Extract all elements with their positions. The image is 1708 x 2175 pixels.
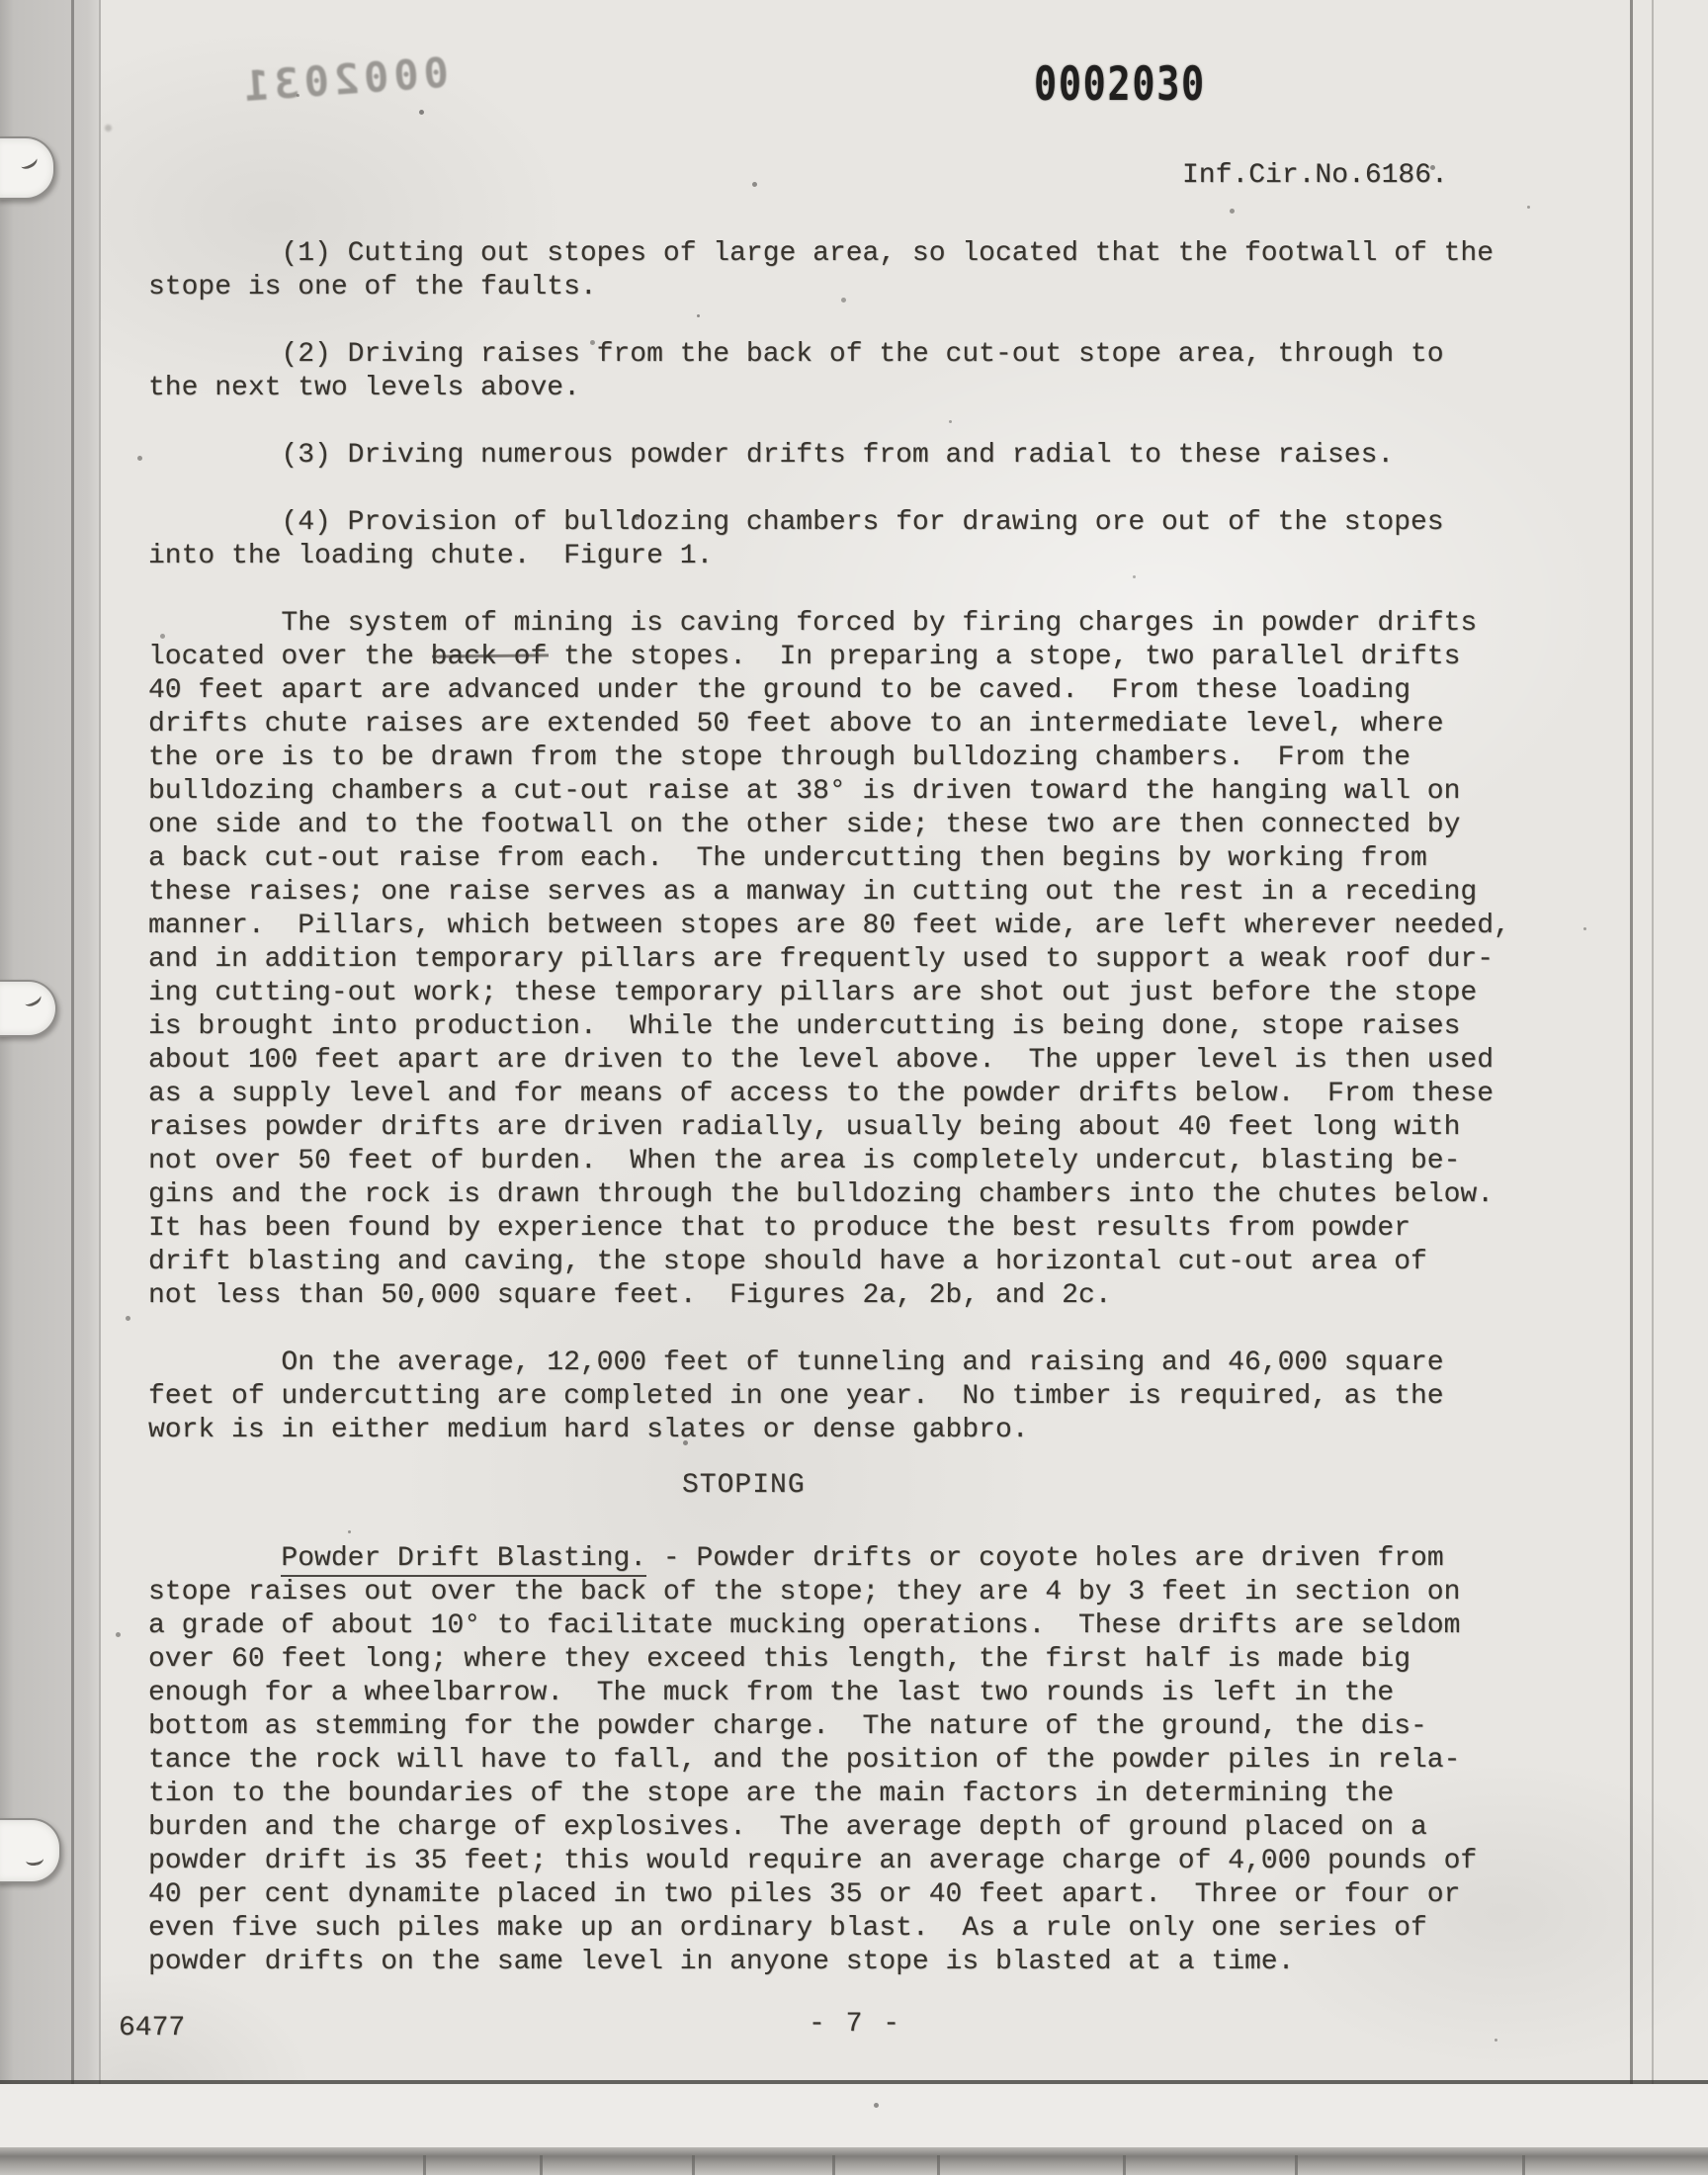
list-item-3: (3) Driving numerous powder drifts from … [148,439,1522,473]
scanned-document-page: 0002031 0002030 Inf.Cir.No.6186. (1) Cut… [0,0,1708,2175]
list-item-1: (1) Cutting out stopes of large area, so… [148,237,1522,304]
footer-page-number: - 7 - [809,2009,901,2040]
scan-tick [937,2155,940,2175]
indent-spaces [148,1543,281,1574]
scan-noise-specks [0,0,3,3]
paragraph-text: - Powder drifts or coyote holes are driv… [148,1543,1477,1977]
scan-tick [540,2155,543,2175]
list-item-4: (4) Provision of bulldozing chambers for… [148,506,1522,573]
page-edge-line-dark [1630,0,1633,2175]
document-number-stamp: 0002030 [1034,57,1206,112]
document-body: (1) Cutting out stopes of large area, so… [148,237,1522,2013]
binder-tab-mark [25,1853,43,1867]
scan-bottom-band [0,2147,1708,2175]
scan-tick [423,2155,426,2175]
binding-edge-line-faint [99,0,101,2175]
scan-tick [832,2155,835,2175]
binder-tab-mark [18,152,40,171]
scan-tick [1123,2155,1126,2175]
binder-tab-mark [22,990,43,1008]
page-edge-line-light [1652,0,1654,2175]
scan-tick [692,2155,695,2175]
footer-doc-code: 6477 [119,2013,185,2044]
scan-bottom-strip [0,2084,1708,2147]
paragraph-powder-drift-blasting: Powder Drift Blasting. - Powder drifts o… [148,1542,1522,1979]
paragraph-mining-system: The system of mining is caving forced by… [148,607,1522,1313]
list-item-2: (2) Driving raises from the back of the … [148,338,1522,405]
scan-tick [1295,2155,1298,2175]
paragraph-yearly-average: On the average, 12,000 feet of tunneling… [148,1347,1522,1447]
binder-tab-middle [0,980,57,1037]
underlined-lead-in: Powder Drift Blasting. [281,1543,646,1577]
bleedthrough-stamp: 0002031 [238,48,451,112]
binder-tab-bottom [0,1818,61,1883]
binding-edge-line [71,0,74,2175]
circular-number: Inf.Cir.No.6186. [1182,160,1448,191]
scan-tick [1522,2155,1525,2175]
binder-tab-top [0,136,55,200]
section-heading-stoping: STOPING [148,1469,1522,1503]
